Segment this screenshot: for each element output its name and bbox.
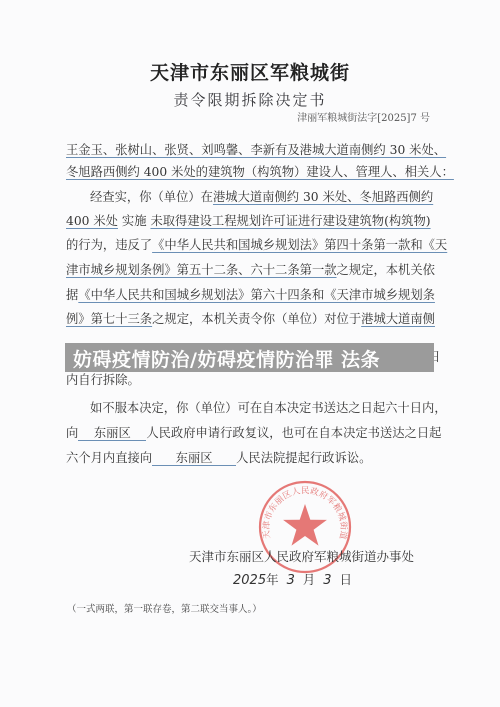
appeal-text: 如不服本决定，你（单位）可在自本决定书送达之日起六十日内，	[90, 401, 447, 415]
violated-law-cont: 津市城乡规划条例》第五十二条、六十二条第一款	[66, 263, 337, 277]
body-text: 之规定，本机关依	[337, 263, 435, 277]
appeal-text: 六个月内直接向	[66, 451, 152, 465]
body-text: 实施	[122, 214, 147, 228]
org-title: 天津市东丽区军粮城街	[0, 58, 500, 85]
violation-location-cont: 400 米处	[66, 214, 118, 228]
body-text: 之规定，本机关责令你（单位）对位于	[152, 312, 361, 326]
date-day: 3	[323, 573, 331, 588]
overlay-banner: 妨碍疫情防治/妨碍疫情防治罪 法条	[65, 343, 434, 372]
body-line-5: 据《中华人民共和国城乡规划法》第六十四条和《天津市城乡规划条	[66, 287, 438, 303]
document-title: 责令限期拆除决定书	[0, 89, 500, 110]
appeal-text: 向	[66, 426, 78, 440]
year-unit: 年	[266, 572, 279, 587]
date-month: 3	[287, 573, 295, 588]
addressee-line-1: 王金玉、张树山、张贤、刘鸣馨、李新有及港城大道南侧约 30 米处、	[66, 142, 438, 158]
month-unit: 月	[303, 572, 316, 587]
appeal-line-2: 向东丽区人民政府申请行政复议，也可在自本决定书送达之日起	[66, 425, 438, 441]
appeal-text: 人民法院提起行政诉讼。	[236, 451, 371, 465]
copies-footnote: （一式两联，第一联存卷，第二联交当事人。）	[67, 601, 262, 615]
banner-text: 妨碍疫情防治/妨碍疫情防治罪 法条	[73, 345, 380, 372]
body-line-1: 经查实，你（单位）在港城大道南侧约 30 米处、冬旭路西侧约	[90, 189, 438, 205]
signing-organization: 天津市东丽区人民政府军粮城街道办事处	[189, 547, 414, 565]
document-number: 津丽军粮城街法字[2025]7 号	[297, 109, 430, 124]
body-text: 经查实，你（单位）在	[90, 190, 213, 204]
body-line-8: 内自行拆除。	[66, 372, 438, 388]
body-line-3: 的行为，违反了《中华人民共和国城乡规划法》第四十条第一款和《天	[66, 237, 438, 253]
body-text: 据	[66, 288, 78, 302]
court-district: 东丽区	[152, 451, 236, 466]
document-page: 天津市东丽区军粮城街 责令限期拆除决定书 津丽军粮城街法字[2025]7 号 王…	[0, 0, 500, 707]
addressee-roles: 冬旭路西侧约 400 米处的建筑物（构筑物）建设人、管理人、相关人：	[66, 165, 454, 179]
review-district: 东丽区	[78, 426, 146, 441]
appeal-text: 人民政府申请行政复议，也可在自本决定书送达之日起	[146, 426, 441, 440]
legal-basis: 《中华人民共和国城乡规划法》第六十四条和《天津市城乡规划条	[78, 288, 435, 302]
violation-act: 未取得建设工程规划许可证进行建设建筑物(构筑物)	[150, 214, 430, 228]
addressee-line-2: 冬旭路西侧约 400 米处的建筑物（构筑物）建设人、管理人、相关人：	[66, 164, 438, 180]
body-text: 内自行拆除。	[66, 373, 140, 387]
day-unit: 日	[340, 572, 353, 587]
body-line-4: 津市城乡规划条例》第五十二条、六十二条第一款之规定，本机关依	[66, 262, 438, 278]
appeal-line-1: 如不服本决定，你（单位）可在自本决定书送达之日起六十日内，	[90, 400, 438, 416]
body-line-6: 例》第七十三条之规定，本机关责令你（单位）对位于港城大道南侧	[66, 311, 438, 327]
body-line-2: 400 米处 实施 未取得建设工程规划许可证进行建设建筑物(构筑物)	[66, 213, 438, 229]
appeal-line-3: 六个月内直接向东丽区人民法院提起行政诉讼。	[66, 450, 438, 466]
violated-law: 《中华人民共和国城乡规划法》第四十条第一款和《天	[152, 238, 447, 252]
addressee-names: 王金玉、张树山、张贤、刘鸣馨、李新有及港城大道南侧约 30 米处、	[66, 143, 446, 157]
demolition-location: 港城大道南侧	[361, 312, 435, 326]
body-text: 的行为，违反了	[66, 238, 152, 252]
signing-date: 2025年 3 月 3 日	[233, 570, 352, 588]
date-year: 2025	[233, 573, 266, 588]
legal-basis-cont: 例》第七十三条	[66, 312, 152, 326]
violation-location: 港城大道南侧约 30 米处、冬旭路西侧约	[213, 190, 433, 204]
